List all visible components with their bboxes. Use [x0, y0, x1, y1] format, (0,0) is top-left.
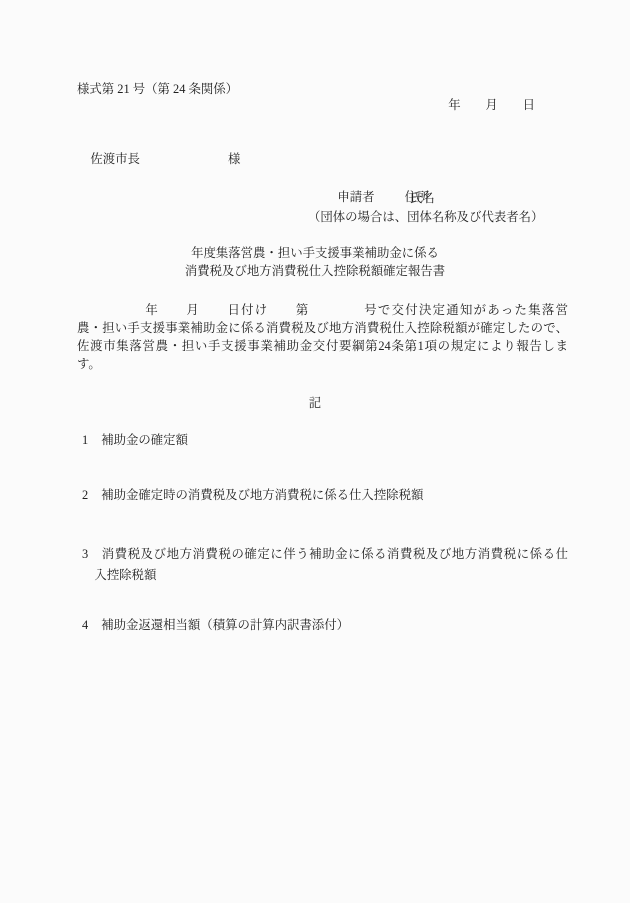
- form-number: 様式第 21 号（第 24 条関係）: [77, 81, 238, 98]
- list-item-3: 3消費税及び地方消費税の確定に伴う補助金に係る消費税及び地方消費税に係る仕 入控…: [77, 544, 568, 586]
- item-2-text: 補助金確定時の消費税及び地方消費税に係る仕入控除税額: [101, 488, 423, 502]
- item-4-text: 補助金返還相当額（積算の計算内訳書添付）: [101, 618, 349, 632]
- document-title-line-2: 消費税及び地方消費税仕入控除税額確定報告書: [0, 263, 630, 280]
- list-item-2: 2補助金確定時の消費税及び地方消費税に係る仕入控除税額: [77, 487, 568, 504]
- addressee-title: 佐渡市長: [90, 152, 140, 166]
- body-line-1: 年 月 日付け 第 号で交付決定通知があった集落営: [77, 301, 568, 319]
- body-paragraph: 年 月 日付け 第 号で交付決定通知があった集落営 農・担い手支援事業補助金に係…: [77, 301, 568, 373]
- item-1-number: 1: [82, 433, 88, 447]
- body-line-4: す。: [77, 355, 568, 373]
- body-line-3: 佐渡市集落営農・担い手支援事業補助金交付要綱第24条第1項の規定により報告しま: [77, 337, 568, 355]
- item-3-text-continued: 入控除税額: [82, 565, 568, 586]
- applicant-name-label: 氏名: [410, 190, 435, 207]
- item-2-number: 2: [82, 488, 88, 502]
- addressee-honorific: 様: [228, 152, 240, 166]
- item-4-number: 4: [82, 618, 88, 632]
- body-line-2: 農・担い手支援事業補助金に係る消費税及び地方消費税仕入控除税額が確定したので、: [77, 319, 568, 337]
- item-3-text: 消費税及び地方消費税の確定に伴う補助金に係る消費税及び地方消費税に係る仕: [101, 547, 568, 561]
- list-item-4: 4補助金返還相当額（積算の計算内訳書添付）: [77, 617, 568, 634]
- list-marker: 記: [0, 395, 630, 412]
- document-title-line-1: 年度集落営農・担い手支援事業補助金に係る: [0, 245, 630, 262]
- applicant-label: 申請者: [337, 190, 374, 204]
- document-page: 様式第 21 号（第 24 条関係） 年 月 日 佐渡市長様 申請者住所 氏名 …: [0, 0, 630, 903]
- organization-note: （団体の場合は、団体名称及び代表者名）: [308, 209, 543, 226]
- item-3-number: 3: [82, 547, 88, 561]
- item-1-text: 補助金の確定額: [101, 433, 188, 447]
- list-item-1: 1補助金の確定額: [77, 432, 568, 449]
- date-line: 年 月 日: [0, 97, 535, 114]
- addressee-line: 佐渡市長様: [78, 134, 240, 185]
